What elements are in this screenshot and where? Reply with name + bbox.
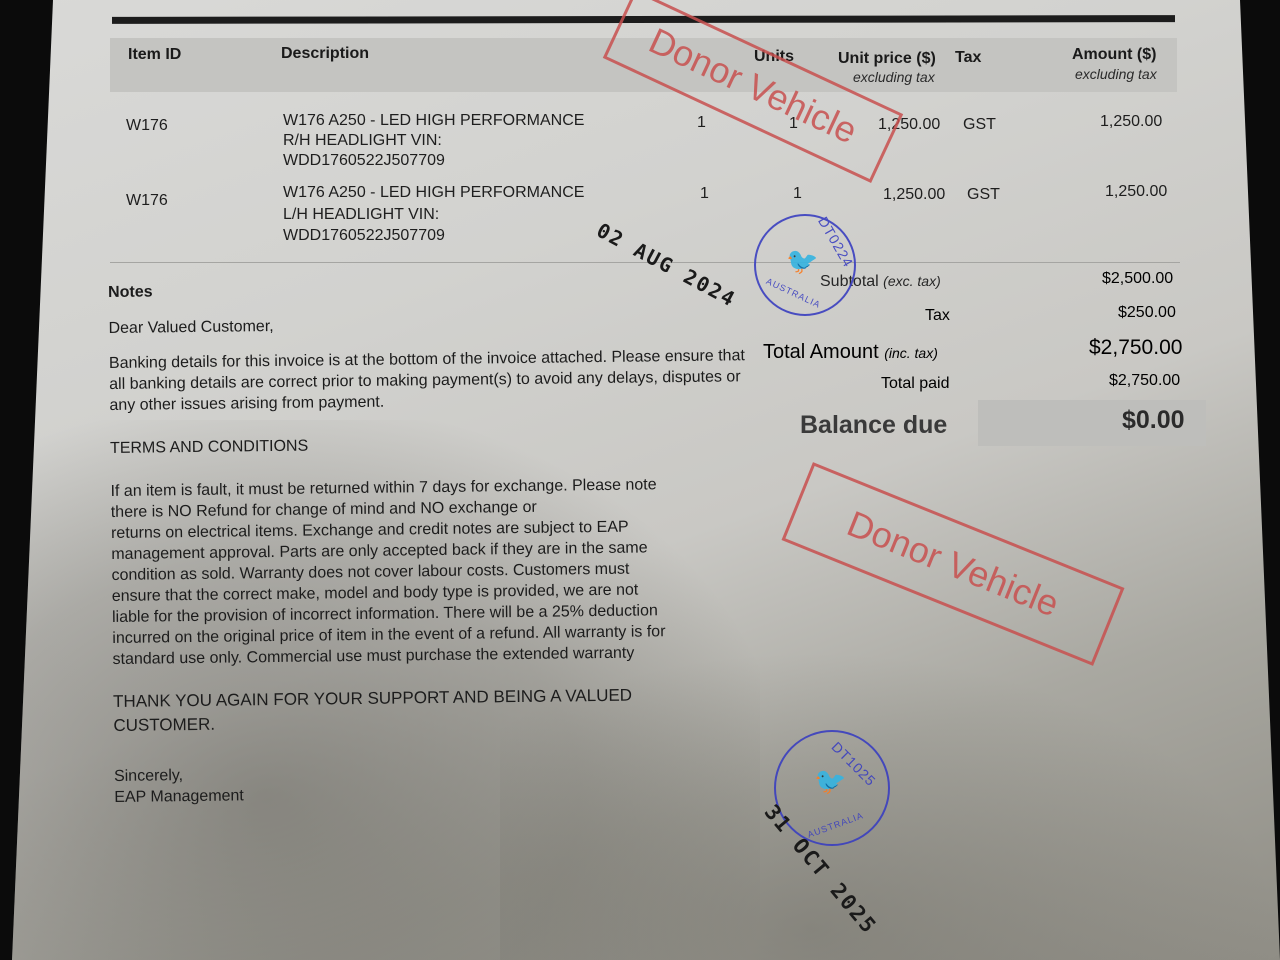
stamp-text: Donor Vehicle (841, 503, 1065, 626)
piping-shrike-icon: 🐦 (814, 766, 846, 797)
invoice-page: Item ID Description Units Unit price ($)… (0, 0, 1280, 960)
seal-code: DT0224 (815, 214, 857, 270)
seal-ring-text: AUSTRALIA (765, 276, 823, 310)
col-unit-price: Unit price ($) (838, 50, 936, 68)
total-label-text: Total Amount (763, 341, 879, 363)
item-amount: 1,250.00 (1105, 181, 1167, 202)
item-id: W176 (126, 190, 168, 211)
terms-body: If an item is fault, it must be returned… (110, 473, 752, 670)
terms-heading: TERMS AND CONDITIONS (110, 430, 750, 459)
item-description-line: WDD1760522J507709 (283, 150, 445, 171)
item-id: W176 (126, 115, 168, 136)
notes-section: Notes Dear Valued Customer, Banking deta… (108, 276, 754, 808)
tax-label: Tax (925, 307, 950, 325)
item-description-line: L/H HEADLIGHT VIN: (283, 204, 439, 225)
paid-label: Total paid (881, 375, 950, 393)
item-tax: GST (963, 114, 996, 135)
item-qty: 1 (700, 183, 709, 204)
total-label: Total Amount (inc. tax) (763, 341, 938, 364)
subtotal-value: $2,500.00 (1102, 270, 1173, 288)
col-unit-price-sub: excluding tax (853, 69, 935, 85)
government-seal: DT0224 🐦 AUSTRALIA (754, 214, 856, 316)
thanks-message: THANK YOU AGAIN FOR YOUR SUPPORT AND BEI… (113, 682, 754, 738)
notes-heading: Notes (108, 276, 748, 302)
notes-banking: Banking details for this invoice is at t… (109, 345, 750, 416)
notes-greeting: Dear Valued Customer, (108, 310, 748, 339)
col-description: Description (281, 45, 369, 63)
piping-shrike-icon: 🐦 (786, 246, 818, 277)
balance-label: Balance due (800, 411, 947, 440)
donor-vehicle-stamp: Donor Vehicle (781, 462, 1124, 666)
seal-ring-text: AUSTRALIA (806, 810, 865, 840)
item-amount: 1,250.00 (1100, 111, 1162, 132)
balance-value: $0.00 (1122, 406, 1185, 435)
total-value: $2,750.00 (1089, 336, 1182, 360)
col-tax: Tax (955, 49, 981, 67)
col-amount-sub: excluding tax (1075, 66, 1157, 82)
item-tax: GST (967, 184, 1000, 205)
item-unit-price: 1,250.00 (883, 184, 945, 205)
item-description-line: W176 A250 - LED HIGH PERFORMANCE (283, 182, 584, 203)
total-note: (inc. tax) (884, 345, 938, 361)
item-description-line: R/H HEADLIGHT VIN: (283, 130, 442, 151)
item-units: 1 (793, 183, 802, 204)
subtotal-note: (exc. tax) (883, 273, 941, 289)
col-item-id: Item ID (128, 46, 181, 64)
item-qty: 1 (697, 112, 706, 133)
item-description-line: W176 A250 - LED HIGH PERFORMANCE (283, 110, 584, 131)
tax-value: $250.00 (1118, 304, 1176, 322)
paid-value: $2,750.00 (1109, 372, 1180, 390)
item-description-line: WDD1760522J507709 (283, 225, 445, 246)
col-amount: Amount ($) (1072, 46, 1156, 64)
